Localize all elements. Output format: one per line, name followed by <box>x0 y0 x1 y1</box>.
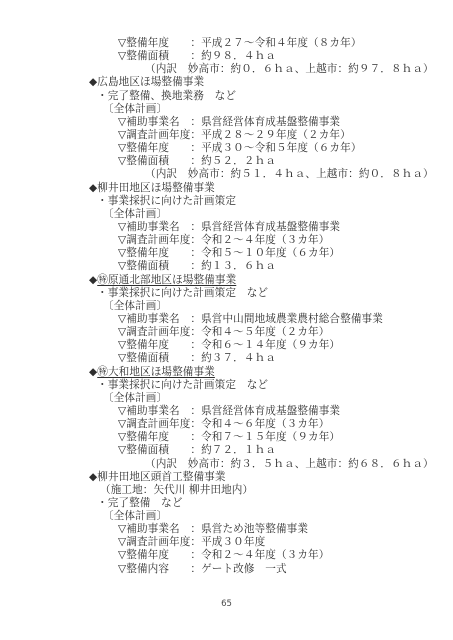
document-line: （内訳 妙高市：約３．５ｈａ、上越市：約６８．６ｈａ） <box>145 458 434 471</box>
document-line: ・完了整備 など <box>97 497 434 510</box>
document-line: ▽補助事業名 ：県営経営体育成基盤整備事業 <box>118 221 434 234</box>
document-line: ▽整備年度 ：令和６～１４年度（９カ年） <box>118 339 434 352</box>
section-heading: ◆広島地区ほ場整備事業 <box>89 76 434 89</box>
document-line: （施工地：矢代川 柳井田地内） <box>100 484 434 497</box>
document-line: ▽整備年度 ：令和５～１０年度（６カ年） <box>118 247 434 260</box>
section-heading: ◆柳井田地区頭首工整備事業 <box>89 471 434 484</box>
document-line: ▽調査計画年度：令和４～５年度（２カ年） <box>118 326 434 339</box>
document-line: ▽補助事業名 ：県営中山間地域農業農村総合整備事業 <box>118 313 434 326</box>
document-line: ▽整備年度 ：平成２７～令和４年度（８カ年） <box>118 37 434 50</box>
document-line: ▽補助事業名 ：県営経営体育成基盤整備事業 <box>118 116 434 129</box>
document-line: 〔全体計画〕 <box>103 392 434 405</box>
diamond-bullet-icon: ◆ <box>89 274 97 286</box>
document-line: ▽調査計画年度：平成２８～２９年度（２カ年） <box>118 129 434 142</box>
document-line: ・事業採択に向けた計画策定 <box>97 195 434 208</box>
document-line: （内訳 妙高市：約５１．４ｈａ、上越市：約０．８ｈａ） <box>145 168 434 181</box>
section-heading: ◆柳井田地区ほ場整備事業 <box>89 182 434 195</box>
diamond-bullet-icon: ◆ <box>89 366 97 378</box>
document-line: 〔全体計画〕 <box>103 300 434 313</box>
document-line: 〔全体計画〕 <box>103 510 434 523</box>
document-line: ▽整備面積 ：約３７．４ｈａ <box>118 352 434 365</box>
document-line: ▽調査計画年度：令和２～４年度（３カ年） <box>118 234 434 247</box>
document-line: ▽補助事業名 ：県営ため池等整備事業 <box>118 523 434 536</box>
document-line: ▽整備年度 ：令和７～１５年度（９カ年） <box>118 431 434 444</box>
document-line: ▽補助事業名 ：県営経営体育成基盤整備事業 <box>118 405 434 418</box>
document-line: ▽整備年度 ：平成３０～令和５年度（６カ年） <box>118 142 434 155</box>
document-line: ・完了整備、換地業務 など <box>97 90 434 103</box>
document-line: 〔全体計画〕 <box>103 208 434 221</box>
section-heading: ◆㊕原通北部地区ほ場整備事業 <box>89 274 434 287</box>
page-number: 65 <box>0 599 453 609</box>
document-body: ▽整備年度 ：平成２７～令和４年度（８カ年）▽整備面積 ：約９８．４ｈａ（内訳 … <box>89 37 434 576</box>
document-page: ▽整備年度 ：平成２７～令和４年度（８カ年）▽整備面積 ：約９８．４ｈａ（内訳 … <box>0 0 453 640</box>
document-line: ▽整備面積 ：約１３．６ｈａ <box>118 260 434 273</box>
document-line: ▽整備面積 ：約７２．１ｈａ <box>118 444 434 457</box>
document-line: ・事業採択に向けた計画策定 など <box>97 379 434 392</box>
document-line: （内訳 妙高市：約０．６ｈａ、上越市：約９７．８ｈａ） <box>145 63 434 76</box>
underlined-heading-text: ㊕大和地区ほ場整備事業 <box>97 366 215 378</box>
document-line: ▽整備年度 ：令和２～４年度（３カ年） <box>118 549 434 562</box>
document-line: 〔全体計画〕 <box>103 103 434 116</box>
section-heading: ◆㊕大和地区ほ場整備事業 <box>89 366 434 379</box>
document-line: ▽調査計画年度：平成３０年度 <box>118 536 434 549</box>
document-line: ▽整備面積 ：約９８．４ｈａ <box>118 50 434 63</box>
document-line: ▽調査計画年度：令和４～６年度（３カ年） <box>118 418 434 431</box>
document-line: ▽整備内容 ：ゲート改修 一式 <box>118 563 434 576</box>
document-line: ▽整備面積 ：約５２．２ｈａ <box>118 155 434 168</box>
underlined-heading-text: ㊕原通北部地区ほ場整備事業 <box>97 274 236 286</box>
document-line: ・事業採択に向けた計画策定 など <box>97 287 434 300</box>
